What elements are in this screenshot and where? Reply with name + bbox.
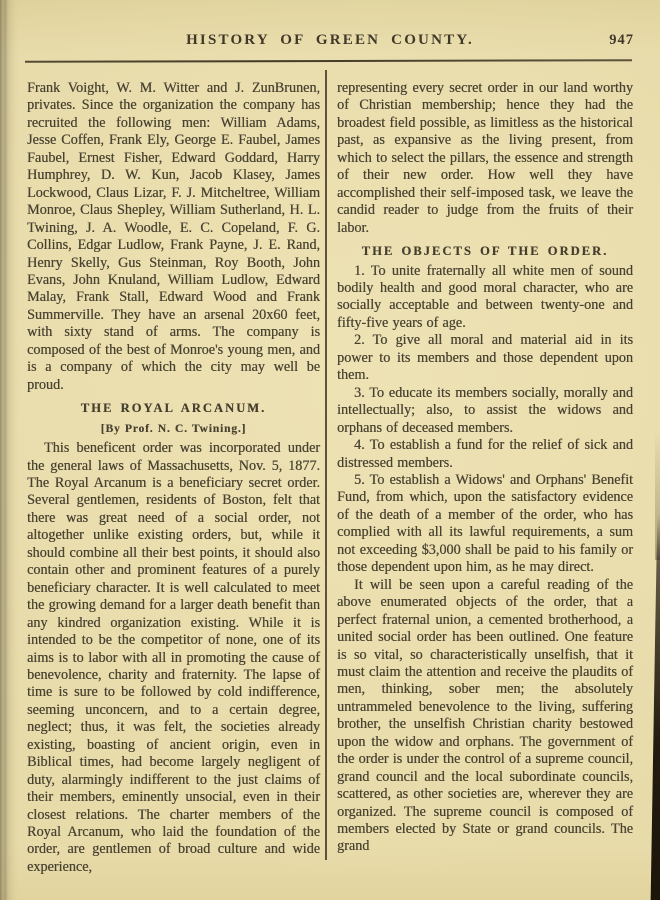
binding-gutter-shadow (0, 0, 20, 900)
object-item-1: 1. To unite fraternally all white men of… (337, 263, 633, 333)
column-divider-rule (325, 70, 327, 860)
right-paragraph-continuation: representing every secret order in our l… (337, 80, 633, 237)
left-column: Frank Voight, W. M. Witter and J. ZunBru… (27, 80, 320, 876)
object-item-5: 5. To establish a Widows' and Orphans' B… (337, 472, 633, 577)
scan-edge-dark-right (648, 515, 660, 900)
object-item-2: 2. To give all moral and material aid in… (337, 332, 633, 384)
right-paragraph-summary: It will be seen upon a careful reading o… (337, 577, 633, 856)
object-item-3: 3. To educate its members socially, mora… (337, 385, 633, 437)
right-column: representing every secret order in our l… (337, 80, 633, 856)
section-byline: [By Prof. N. C. Twining.] (27, 420, 320, 437)
left-paragraph-continuation: Frank Voight, W. M. Witter and J. ZunBru… (27, 80, 320, 394)
section-heading-royal-arcanum: THE ROYAL ARCANUM. (27, 400, 320, 417)
book-page-scan: HISTORY OF GREEN COUNTY. 947 Frank Voigh… (0, 0, 660, 900)
page-header-title: HISTORY OF GREEN COUNTY. (110, 32, 550, 49)
left-paragraph-royal-arcanum: This beneficent order was incorporated u… (27, 440, 320, 876)
page-number: 947 (609, 32, 634, 49)
object-item-4: 4. To establish a fund for the relief of… (337, 437, 633, 472)
header-rule (25, 59, 632, 63)
section-heading-objects-of-order: THE OBJECTS OF THE ORDER. (337, 243, 633, 260)
